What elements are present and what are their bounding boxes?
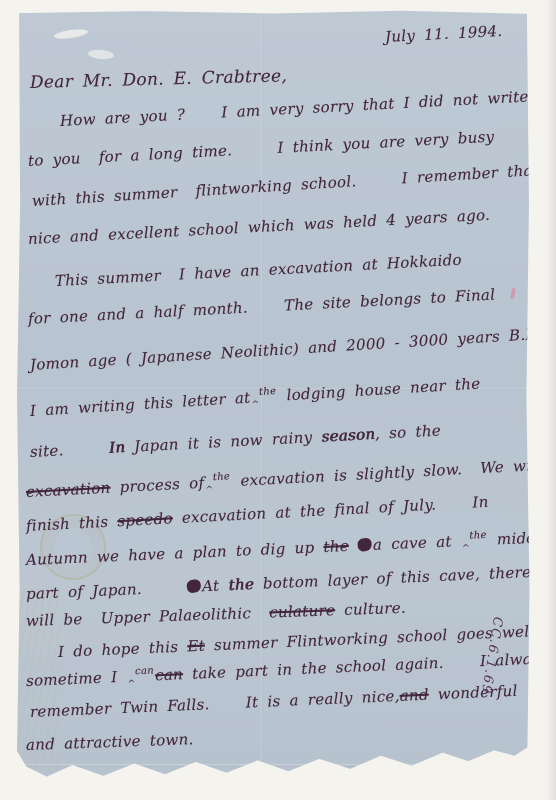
- letter-line: for one and a half month. The site belon…: [28, 286, 496, 328]
- letter-paper: July 11. 1994. Dear Mr. Don. E. Crabtree…: [16, 10, 530, 782]
- letter-text-segment: the: [259, 386, 277, 398]
- letter-text-segment: remember Twin Falls. It is a really nice…: [30, 687, 400, 721]
- letter-text-segment: Japan it is now rainy: [125, 428, 322, 456]
- ink-blot: W: [357, 537, 373, 552]
- letter-text-segment: middle: [488, 528, 552, 549]
- letter-text-segment: and attractive town.: [26, 730, 194, 754]
- scanned-letter: July 11. 1994. Dear Mr. Don. E. Crabtree…: [0, 0, 556, 800]
- letter-line: will be Upper Palaeolithic culature cult…: [26, 599, 407, 630]
- letter-text-segment: lodging house near the: [277, 374, 481, 404]
- ink-blot: W: [186, 579, 202, 594]
- letter-line: Autumn we have a plan to dig up the Wa c…: [26, 528, 551, 569]
- letter-text-segment: speedo: [117, 509, 173, 530]
- letter-text-segment: the: [469, 530, 487, 542]
- letter-text-segment: bottom layer of this cave, there: [253, 563, 531, 593]
- letter-text-segment: At: [202, 576, 229, 595]
- letter-text-segment: This summer I have an excavation at Hokk…: [55, 251, 463, 290]
- letter-text-segment: wonderful: [428, 682, 518, 704]
- letter-text-segment: a cave at: [373, 532, 462, 554]
- letter-text-segment: Et: [187, 637, 205, 656]
- letter-text-segment: process of: [110, 474, 205, 497]
- letter-text-segment: can: [135, 665, 154, 677]
- letter-text-segment: nice and excellent school which was held…: [28, 206, 491, 248]
- letter-text-segment: sometime I: [26, 668, 127, 690]
- letter-text-segment: the: [228, 575, 254, 594]
- letter-line: with this summer flintworking school. I …: [31, 161, 539, 210]
- letter-text-segment: to you for a long time. I think you are …: [28, 128, 495, 170]
- letter-text-segment: the: [323, 537, 349, 556]
- letter-line: This summer I have an excavation at Hokk…: [55, 251, 463, 290]
- caret-mark: ^: [128, 679, 136, 689]
- letter-text-segment: part of Japan.: [26, 578, 188, 603]
- letter-body: How are you ? I am very sorry that I did…: [16, 10, 530, 782]
- letter-text-segment: excavation: [26, 479, 111, 501]
- caret-mark: ^: [252, 400, 260, 410]
- letter-line: finish this speedo excavation at the fin…: [26, 493, 489, 535]
- letter-text-segment: How are you ? I am very sorry that I did…: [60, 87, 530, 130]
- letter-text-segment: culture.: [335, 599, 406, 619]
- letter-text-segment: I do hope this: [58, 637, 188, 661]
- letter-text-segment: , so the: [375, 421, 442, 442]
- letter-text-segment: finish this: [26, 512, 118, 535]
- caret-mark: ^: [205, 485, 213, 495]
- letter-line: remember Twin Falls. It is a really nice…: [30, 682, 518, 721]
- caret-mark: ^: [462, 544, 470, 554]
- scan-edge-shadow: [547, 0, 556, 800]
- letter-line: How are you ? I am very sorry that I did…: [60, 87, 530, 130]
- letter-text-segment: In: [108, 438, 125, 457]
- letter-text-segment: season: [321, 425, 376, 446]
- letter-line: part of Japan. WAt the bottom layer of t…: [26, 563, 532, 603]
- letter-text-segment: Jomon age ( Japanese Neolithic) and 2000…: [29, 325, 538, 374]
- letter-text-segment: site.: [30, 439, 110, 461]
- letter-text-segment: the: [213, 471, 231, 483]
- letter-text-segment: excavation at the final of July. In: [172, 493, 489, 528]
- letter-line: site. In Japan it is now rainy season, s…: [30, 421, 442, 461]
- letter-line: to you for a long time. I think you are …: [28, 128, 495, 170]
- letter-text-segment: excavation is slightly slow. We will: [231, 456, 542, 490]
- letter-text-segment: for one and a half month. The site belon…: [28, 286, 496, 328]
- letter-text-segment: will be Upper Palaeolithic: [26, 604, 270, 630]
- letter-line: Jomon age ( Japanese Neolithic) and 2000…: [29, 325, 538, 374]
- letter-text-segment: can: [155, 665, 184, 684]
- letter-line: I am writing this letter at^the lodging …: [29, 374, 480, 420]
- letter-text-segment: with this summer flintworking school. I …: [31, 161, 539, 210]
- letter-text-segment: I am writing this letter at: [29, 389, 251, 420]
- letter-line: and attractive town.: [26, 730, 194, 754]
- letter-text-segment: and: [399, 686, 429, 705]
- letter-text-segment: Autumn we have a plan to dig up: [26, 538, 324, 569]
- letter-text-segment: culature: [269, 601, 336, 621]
- letter-line: nice and excellent school which was held…: [28, 206, 491, 248]
